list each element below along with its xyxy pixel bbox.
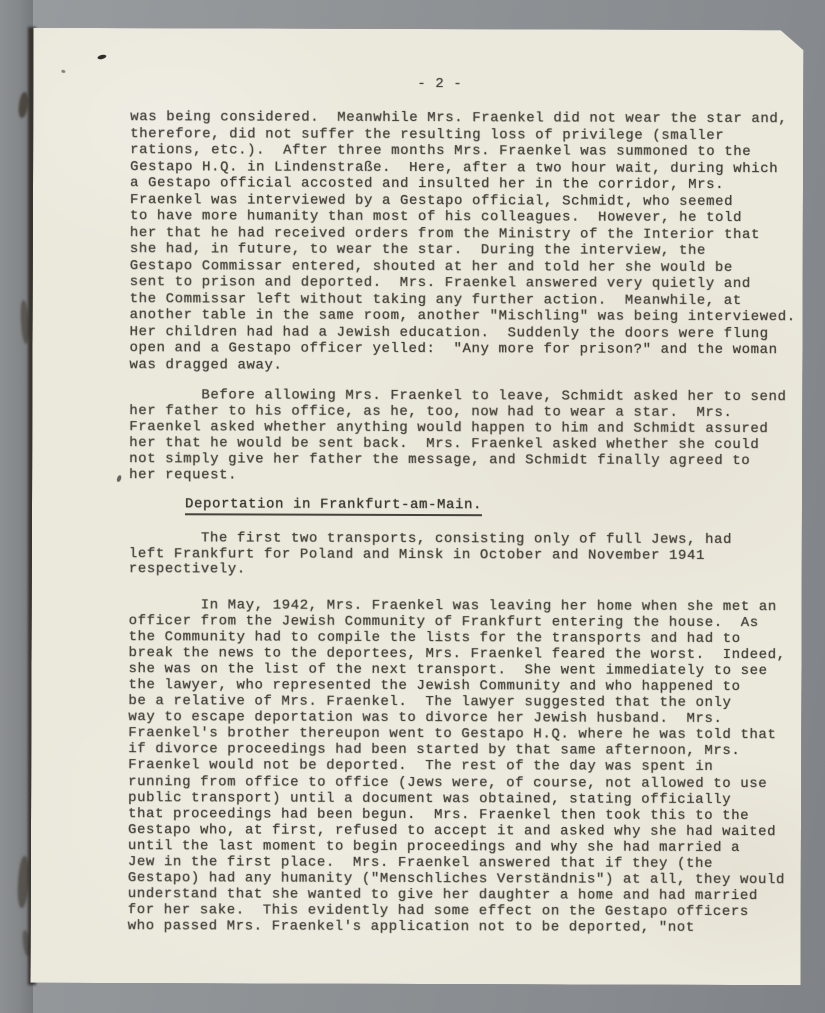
text-line: running from office to office (Jews were… [128, 774, 785, 792]
text-line: rations, etc.). After three months Mrs. … [130, 142, 796, 161]
ink-speck [97, 54, 107, 60]
text-line: until the last moment to begin proceedin… [128, 838, 785, 856]
page-number: - 2 - [417, 76, 462, 92]
text-line: open and a Gestapo officer yelled: "Any … [129, 340, 795, 359]
text-line: another table in the same room, another … [130, 307, 796, 326]
paragraph-meanwhile-star: was being considered. Meanwhile Mrs. Fra… [129, 109, 796, 375]
text-line: who passed Mrs. Fraenkel's application n… [128, 918, 785, 936]
text-line: Gestapo Commissar entered, shouted at he… [130, 258, 796, 277]
paragraph-first-transports: The first two transports, consisting onl… [129, 531, 732, 580]
ink-speck [61, 69, 66, 73]
text-line: a Gestapo official accosted and insulted… [130, 175, 796, 194]
text-line: sent to prison and deported. Mrs. Fraenk… [130, 274, 796, 293]
ink-speck [116, 475, 121, 483]
text-line: Gestapo who, at first, refused to accept… [128, 822, 785, 840]
typewritten-page: - 2 - was being considered. Meanwhile Mr… [31, 28, 804, 985]
text-line: she had, in future, to wear the star. Du… [130, 241, 796, 260]
photo-backdrop: - 2 - was being considered. Meanwhile Mr… [0, 0, 825, 1013]
text-line: that proceedings had been begun. Mrs. Fr… [128, 806, 785, 824]
paragraph-before-leaving: Before allowing Mrs. Fraenkel to leave, … [129, 388, 786, 486]
text-line: her request. [129, 468, 786, 486]
text-line: was dragged away. [129, 357, 795, 376]
text-line: Jew in the first place. Mrs. Fraenkel an… [128, 854, 785, 872]
text-line: respectively. [129, 562, 732, 579]
text-line: her that he had received orders from the… [130, 225, 796, 244]
text-line: Gestapo H.Q. in Lindenstraße. Here, afte… [130, 159, 796, 178]
text-line: Fraenkel was interviewed by a Gestapo of… [130, 192, 796, 211]
text-line: Fraenkel would not be deported. The rest… [128, 758, 785, 776]
section-heading: Deportation in Frankfurt-am-Main. [185, 496, 482, 516]
text-line: Her children had had a Jewish education.… [130, 324, 796, 343]
text-line: the Commissar left without taking any fu… [130, 291, 796, 310]
text-line: for her sake. This evidently had some ef… [128, 902, 785, 920]
text-line: was being considered. Meanwhile Mrs. Fra… [130, 109, 796, 128]
text-line: to have more humanity than most of his c… [130, 208, 796, 227]
text-line: Gestapo) had any humanity ("Menschliches… [128, 870, 785, 888]
text-line: therefore, did not suffer the resulting … [130, 126, 796, 145]
text-line: public transport) until a document was o… [128, 790, 785, 808]
text-line: understand that she wanted to give her d… [128, 886, 785, 904]
paragraph-may-1942: In May, 1942, Mrs. Fraenkel was leaving … [128, 597, 786, 936]
